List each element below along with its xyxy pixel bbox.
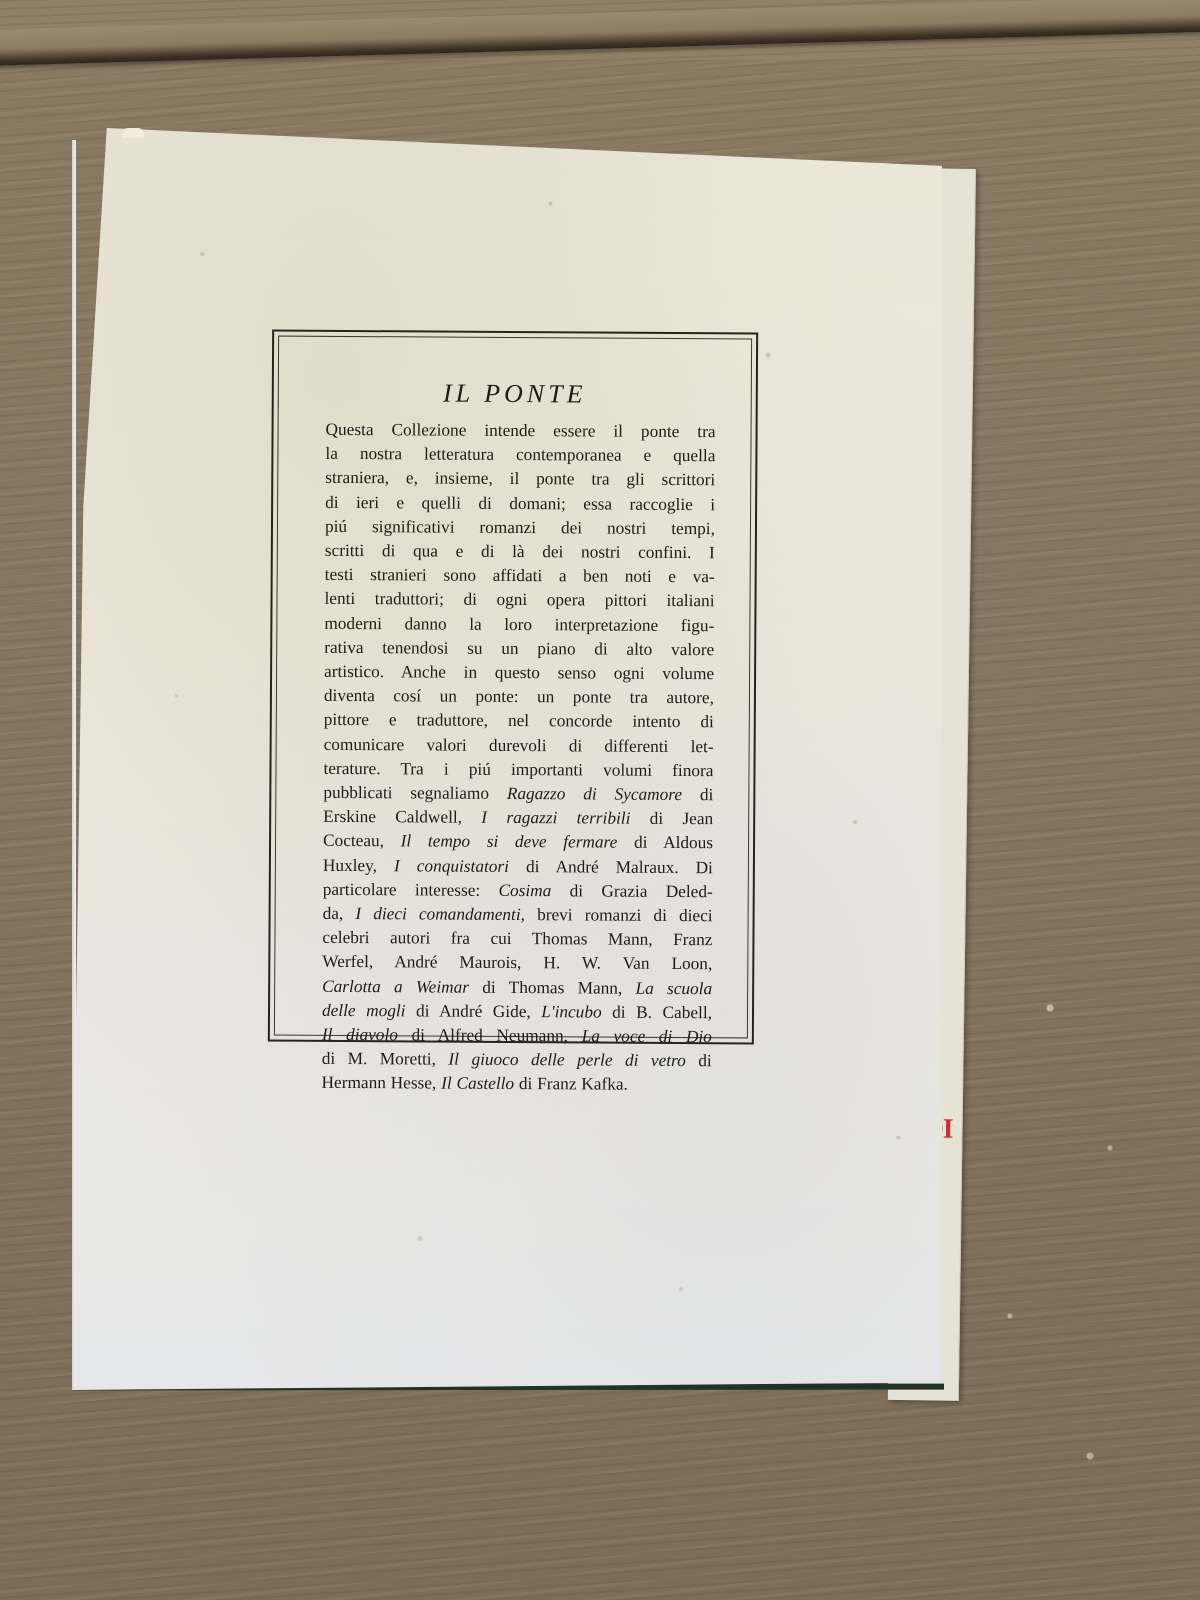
text-segment: celebri autori fra cui Thomas Mann, Fran… <box>322 928 712 949</box>
book-title: Cosima <box>498 881 551 900</box>
book-title: I dieci comandamenti <box>355 904 520 924</box>
text-segment: di ieri e quelli di domani; essa raccogl… <box>325 492 715 513</box>
text-line: Cocteau, Il tempo si deve fermare di Ald… <box>323 829 713 856</box>
text-line: moderni danno la loro interpretazione fi… <box>324 611 714 638</box>
wood-scratches <box>970 980 1170 1540</box>
cover-left-edge <box>72 140 76 1390</box>
text-line: pittore e traduttore, nel concorde inten… <box>324 708 714 735</box>
text-line: Il diavolo di Alfred Neumann, La voce di… <box>322 1023 712 1050</box>
text-line: di ieri e quelli di domani; essa raccogl… <box>325 490 715 517</box>
text-line: testi stranieri sono affidati a ben noti… <box>325 563 715 590</box>
text-segment: di Aldous <box>617 833 713 853</box>
text-line: Hermann Hesse, Il Castello di Franz Kafk… <box>322 1071 712 1098</box>
text-segment: di Jean <box>630 809 713 829</box>
text-line: pubblicati segnaliamo Ragazzo di Sycamor… <box>323 781 713 808</box>
text-segment: straniera, e, insieme, il ponte tra gli … <box>325 468 715 489</box>
text-segment: Erskine Caldwell, <box>323 807 481 827</box>
text-line: artistico. Anche in questo senso ogni vo… <box>324 660 714 687</box>
text-segment: di André Malraux. Di <box>509 857 713 877</box>
text-segment: Cocteau, <box>323 831 401 850</box>
text-segment: Questa Collezione intende essere il pont… <box>326 420 716 441</box>
book-title: I ragazzi terribili <box>481 808 630 828</box>
book-title: Ragazzo di Sycamore <box>507 784 682 804</box>
text-segment: di Franz Kafka. <box>514 1074 628 1094</box>
text-segment: Werfel, André Maurois, H. W. Van Loon, <box>322 952 712 973</box>
book-title: La scuola <box>635 978 712 997</box>
text-segment: di M. Moretti, <box>322 1049 449 1069</box>
text-segment: , brevi romanzi di dieci <box>521 905 713 925</box>
text-segment: la nostra letteratura contemporanea e qu… <box>325 444 715 465</box>
text-segment: artistico. Anche in questo senso ogni vo… <box>324 662 714 683</box>
text-segment: lenti traduttori; di ogni opera pittori … <box>324 589 714 610</box>
text-line: Erskine Caldwell, I ragazzi terribili di… <box>323 805 713 832</box>
collection-description: Questa Collezione intende essere il pont… <box>322 418 716 1098</box>
book-title: La voce di Dio <box>582 1027 712 1047</box>
book-title: delle mogli <box>322 1001 406 1021</box>
book-title: Il diavolo <box>322 1025 398 1044</box>
book-title: Il Castello <box>441 1074 514 1093</box>
text-segment: di Grazia Deled- <box>551 881 713 901</box>
text-segment: terature. Tra i piú importanti volumi fi… <box>323 759 713 780</box>
text-line: da, I dieci comandamenti, brevi romanzi … <box>323 902 713 929</box>
text-segment: di Thomas Mann, <box>469 977 636 997</box>
text-line: Questa Collezione intende essere il pont… <box>325 418 715 445</box>
text-segment: pubblicati segnaliamo <box>323 783 507 803</box>
text-segment: Huxley, <box>323 855 394 874</box>
book-title: Carlotta a Weimar <box>322 977 469 997</box>
text-segment: diventa cosí un ponte: un ponte tra auto… <box>324 686 714 707</box>
text-line: lenti traduttori; di ogni opera pittori … <box>324 587 714 614</box>
text-segment: moderni danno la loro interpretazione fi… <box>324 613 714 634</box>
text-segment: comunicare valori durevoli di differenti… <box>324 734 714 755</box>
text-line: scritti di qua e di là dei nostri confin… <box>325 539 715 566</box>
text-segment: di André Gide, <box>405 1001 541 1021</box>
book-title: I conquistatori <box>394 856 509 876</box>
text-line: Carlotta a Weimar di Thomas Mann, La scu… <box>322 975 712 1002</box>
book-title: Il tempo si deve fermare <box>401 832 618 852</box>
text-line: Huxley, I conquistatori di André Malraux… <box>323 853 713 880</box>
text-segment: scritti di qua e di là dei nostri confin… <box>325 541 715 562</box>
text-segment: di <box>682 785 713 804</box>
text-segment: di B. Cabell, <box>602 1002 712 1022</box>
text-segment: particolare interesse: <box>323 880 499 900</box>
text-frame: IL PONTE Questa Collezione intende esser… <box>268 330 758 1045</box>
text-line: piú significativi romanzi dei nostri tem… <box>325 515 715 542</box>
worn-corner <box>122 128 144 138</box>
text-segment: pittore e traduttore, nel concorde inten… <box>324 710 714 731</box>
text-line: particolare interesse: Cosima di Grazia … <box>323 878 713 905</box>
text-segment: di Alfred Neumann, <box>398 1025 582 1045</box>
text-line: di M. Moretti, Il giuoco delle perle di … <box>322 1047 712 1074</box>
text-line: celebri autori fra cui Thomas Mann, Fran… <box>322 926 712 953</box>
text-line: terature. Tra i piú importanti volumi fi… <box>323 757 713 784</box>
text-line: Werfel, André Maurois, H. W. Van Loon, <box>322 950 712 977</box>
text-segment: da, <box>323 904 356 923</box>
book-title: L'incubo <box>541 1002 601 1021</box>
text-segment: rativa tenendosi su un piano di alto val… <box>324 638 714 659</box>
text-segment: Hermann Hesse, <box>322 1073 442 1093</box>
text-line: rativa tenendosi su un piano di alto val… <box>324 636 714 663</box>
text-line: la nostra letteratura contemporanea e qu… <box>325 442 715 469</box>
text-line: straniera, e, insieme, il ponte tra gli … <box>325 466 715 493</box>
text-segment: di <box>686 1051 712 1070</box>
text-line: diventa cosí un ponte: un ponte tra auto… <box>324 684 714 711</box>
text-line: delle mogli di André Gide, L'incubo di B… <box>322 999 712 1026</box>
text-line: comunicare valori durevoli di differenti… <box>324 732 714 759</box>
collection-title: IL PONTE <box>274 378 756 411</box>
text-segment: piú significativi romanzi dei nostri tem… <box>325 517 715 538</box>
text-segment: testi stranieri sono affidati a ben noti… <box>325 565 715 586</box>
book-title: Il giuoco delle perle di vetro <box>448 1050 685 1070</box>
